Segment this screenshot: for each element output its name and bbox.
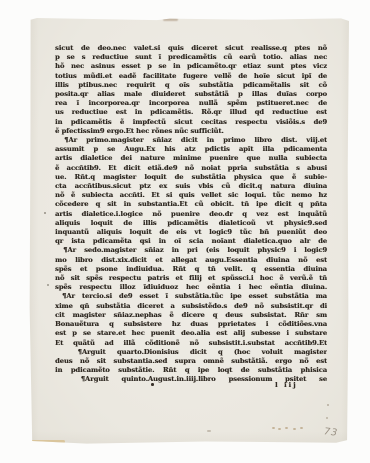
text-line: ¶Ar tercio.si de9 esset ĩ substãtia.tũc … <box>55 292 327 301</box>
text-line: ¶Ar primo.magister sñiaz dicit in primo … <box>55 136 327 145</box>
text-line: mo libro dist.xix.dicit et allegat augu.… <box>55 256 327 265</box>
text-line: ¶Arguit quarto.Dionisius dicit q (hoc vo… <box>55 348 327 357</box>
text-line: hõ nec asinus esset p se in pdicamẽto.qr… <box>55 62 327 71</box>
text-line: artis dialetice.i.logice nõ puenire deo.… <box>55 210 327 219</box>
text-line: sicut de deo.nec valet.si quis diceret s… <box>55 44 327 53</box>
edge-speck-1 <box>327 404 329 406</box>
text-line: in pdicamẽtis ẽ impfectũ sicut cecitas r… <box>55 118 327 127</box>
text-line: ue. Rñt.q magister loquit de substãtia p… <box>55 173 327 182</box>
text-line: nõ sit spẽs respectu patris et filij et … <box>55 274 327 283</box>
ink-spot <box>151 383 154 386</box>
text-line: ẽ accñtib9. Et dicit etiã.de9 nõ noiat p… <box>55 164 327 173</box>
text-line: spẽs respectu illoz ĩdiuiduoz hec eẽntia… <box>55 283 327 292</box>
text-line: cõcedere q sit in substantia.Et cũ obici… <box>55 200 327 209</box>
top-edge-smudge <box>163 18 178 21</box>
text-line: assumit p se Augu.Ex his atz pdictis apĩ… <box>55 145 327 154</box>
text-line: Et quãtũ ad illã cõditionẽ nõ subsistit.… <box>55 339 327 348</box>
text-line: in pdicamẽto substãtie. Rñt q ipe loqt d… <box>55 366 327 375</box>
text-line: totius mũdi.et eadẽ facilitate fugere ve… <box>55 72 327 81</box>
text-line: est p se stare.et hec puenit deo.alia es… <box>55 329 327 338</box>
text-line: artis dialetice dei nature minime puenir… <box>55 154 327 163</box>
text-line: posita.qr alias male diuideret substãtiã… <box>55 90 327 99</box>
text-line: us reductiue est in pdicamẽtis. Rõ.qr il… <box>55 108 327 117</box>
text-line: cit magister sñiaz.nephas ẽ dicere q deu… <box>55 311 327 320</box>
text-line: aliquis loquit de illis pdicamẽtis diale… <box>55 219 327 228</box>
text-line: p se s reductiue sunt ĩ predicamẽtis cũ … <box>55 53 327 62</box>
text-line: xime qñ substãtia diceret a subsistẽdo.s… <box>55 302 327 311</box>
bottom-edge-stain <box>31 440 65 443</box>
edge-speck-2 <box>326 417 328 419</box>
text-line: illis ptibus.nec requirit q oĩs substãti… <box>55 81 327 90</box>
book-page: sicut de deo.nec valet.si quis diceret s… <box>29 18 349 444</box>
text-line: nõ ẽ subiecta accñti. Et si quis vellet … <box>55 191 327 200</box>
signature-mark: l iij <box>275 381 298 389</box>
text-line: deus nõ sit substantia.sed supra omnẽ su… <box>55 357 327 366</box>
folio-number-handwritten: 73 <box>323 426 338 439</box>
text-line: ¶Ar sedo.magister sñiaz in pri (eis loqu… <box>55 246 327 255</box>
text-line: Bonauẽtura q subsistere hz duas pprietat… <box>55 320 327 329</box>
text-line: spẽs et psone indiuidua. Rñt q tñ velit.… <box>55 265 327 274</box>
scanned-document: sicut de deo.nec valet.si quis diceret s… <box>0 0 370 463</box>
text-line: qr ista pdicamẽta qsi in oĩ scia noĩant … <box>55 237 327 246</box>
margin-mark-2 <box>47 284 49 286</box>
faint-dash-mark <box>207 430 211 432</box>
latin-text-block: sicut de deo.nec valet.si quis diceret s… <box>55 44 327 388</box>
text-line: inquantũ aliquis loquit de eis vt logic9… <box>55 228 327 237</box>
text-line: rea ĩ incorporea.qr incorporea nullã spẽ… <box>55 99 327 108</box>
text-line: cta accñtibus.sicut ptz ex suis vbis cũ … <box>55 182 327 191</box>
margin-mark-1 <box>44 212 46 214</box>
text-line: ẽ pfectissim9 ergo.Et hec rõnes nũc suff… <box>55 127 327 136</box>
